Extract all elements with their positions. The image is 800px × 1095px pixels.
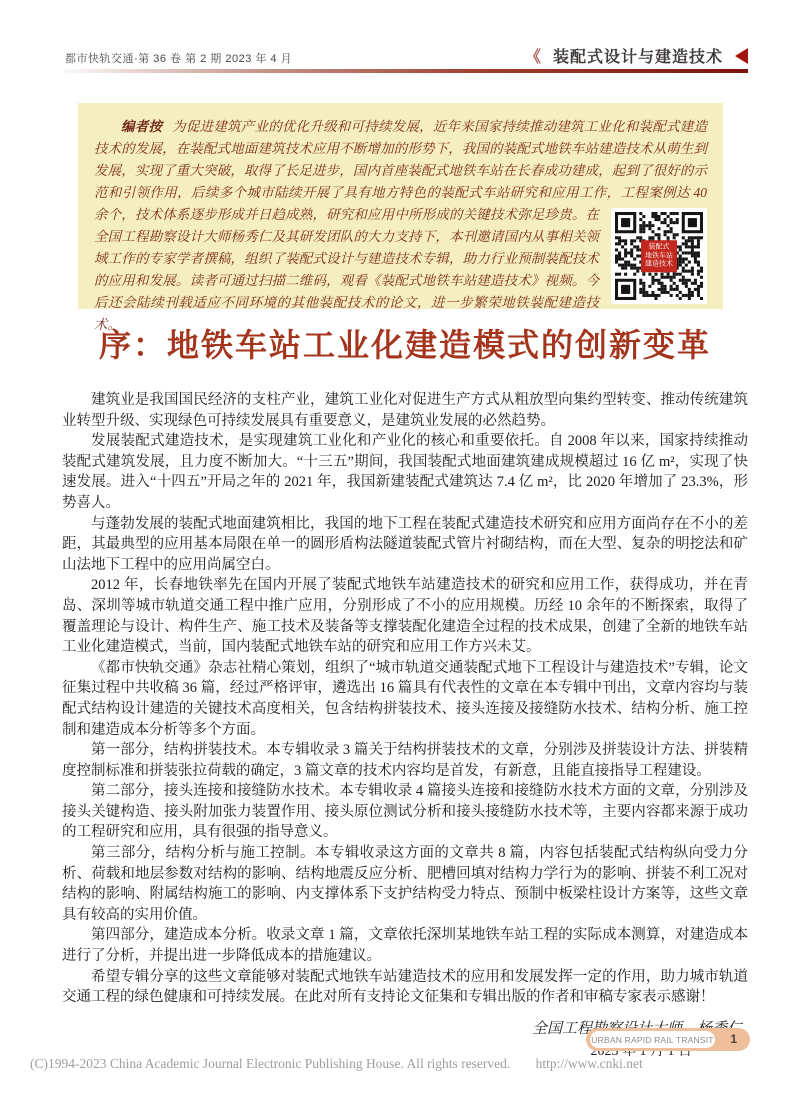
qr-code: 装配式 地铁车站 建造技术 [611,208,707,304]
paragraph: 建筑业是我国国民经济的支柱产业，建筑工业化对促进生产方式从粗放型向集约型转变、推… [62,390,748,431]
cnki-url: http://www.cnki.net [536,1056,643,1071]
copyright-bar: (C)1994-2023 China Academic Journal Elec… [30,1056,643,1072]
editor-note-part2: 系逐步形成并日趋成熟，研究和应用中所形成的关键技术弥足珍贵。在全国工程勘察设计大… [94,207,599,332]
footer-journal-name: URBAN RAPID RAIL TRANSIT [590,1031,715,1048]
paragraph: 第三部分，结构分析与施工控制。本专辑收录这方面的文章共 8 篇，内容包括装配式结… [62,843,748,925]
paragraph: 《都市快轨交通》杂志社精心策划，组织了“城市轨道交通装配式地下工程设计与建造技术… [62,658,748,740]
section-title: 装配式设计与建造技术 [553,44,723,67]
editor-note-text: 编者按为促进建筑产业的优化升级和可持续发展，近年来国家持续推动建筑工业化和装配式… [94,116,707,336]
left-triangle-icon [735,48,748,64]
editor-note-box: 编者按为促进建筑产业的优化升级和可持续发展，近年来国家持续推动建筑工业化和装配式… [78,103,723,309]
header-rule [64,69,748,73]
editor-note-label: 编者按 [121,119,162,134]
paragraph: 第二部分，接头连接和接缝防水技术。本专辑收录 4 篇接头连接和接缝防水技术方面的… [62,781,748,843]
section-header: 《 装配式设计与建造技术 [525,44,748,67]
paragraph: 2012 年，长春地铁率先在国内开展了装配式地铁车站建造技术的研究和应用工作，获… [62,575,748,657]
footer-journal-badge: URBAN RAPID RAIL TRANSIT 1 [586,1028,750,1051]
page-number: 1 [730,1032,737,1046]
journal-page: 都市快轨交通·第 36 卷 第 2 期 2023 年 4 月 《 装配式设计与建… [0,0,800,1095]
journal-issue-info: 都市快轨交通·第 36 卷 第 2 期 2023 年 4 月 [65,50,292,66]
paragraph: 第一部分，结构拼装技术。本专辑收录 3 篇关于结构拼装技术的文章，分别涉及拼装设… [62,740,748,781]
paragraph: 发展装配式建造技术，是实现建筑工业化和产业化的核心和重要依托。自 2008 年以… [62,431,748,513]
paragraph: 希望专辑分享的这些文章能够对装配式地铁车站建造技术的应用和发展发挥一定的作用，助… [62,967,748,1008]
paragraph: 与蓬勃发展的装配式地面建筑相比，我国的地下工程在装配式建造技术研究和应用方面尚存… [62,514,748,576]
copyright-text: (C)1994-2023 China Academic Journal Elec… [30,1056,510,1071]
qr-code-label: 装配式 地铁车站 建造技术 [641,240,677,272]
article-title: 序：地铁车站工业化建造模式的创新变革 [62,320,748,366]
paragraph: 第四部分，建造成本分析。收录文章 1 篇，文章依托深圳某地铁车站工程的实际成本测… [62,925,748,966]
article: 序：地铁车站工业化建造模式的创新变革 建筑业是我国国民经济的支柱产业，建筑工业化… [62,320,748,1064]
guillemet-mark: 《 [525,44,541,67]
